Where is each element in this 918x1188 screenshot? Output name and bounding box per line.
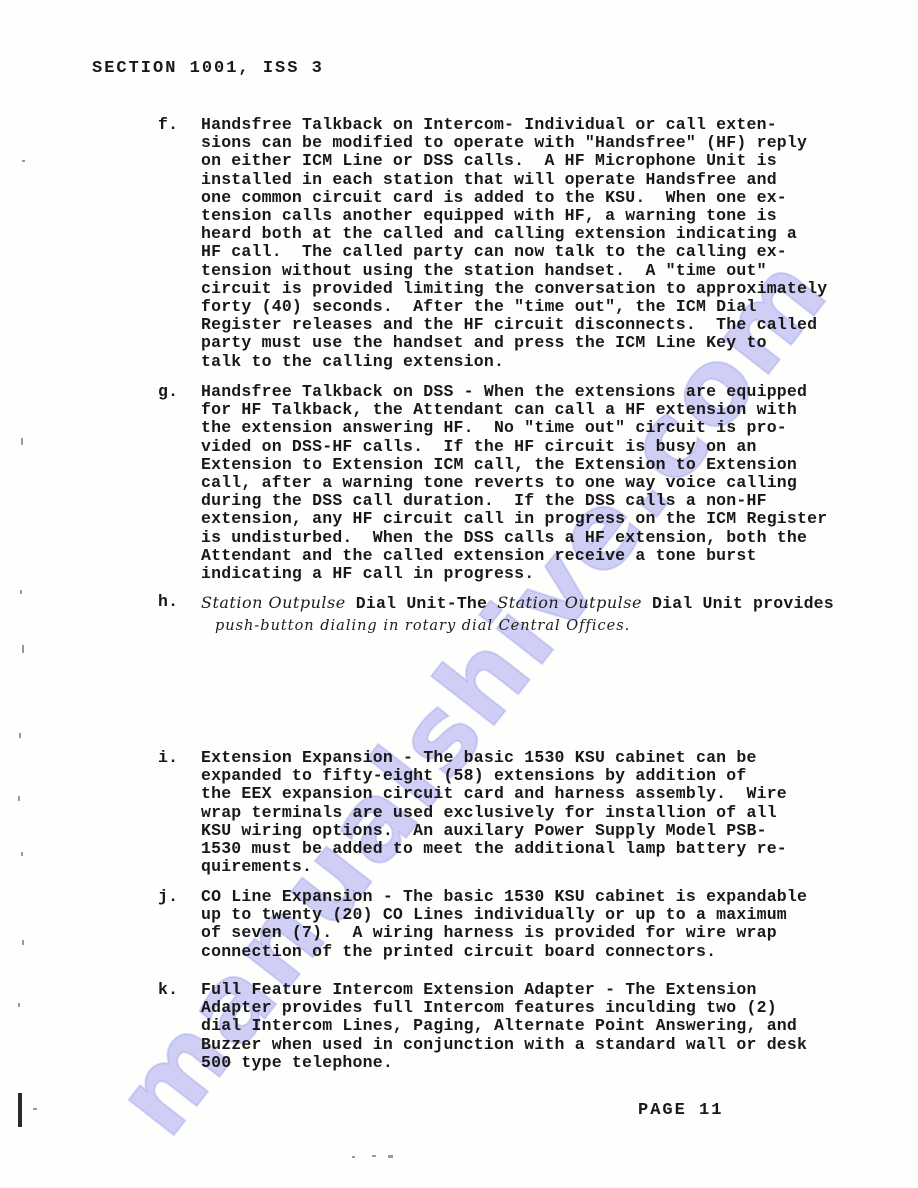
paragraph-j-text: CO Line Expansion - The basic 1530 KSU c… [201, 888, 807, 961]
paragraph-k: k. Full Feature Intercom Extension Adapt… [158, 981, 807, 1072]
typed-dial-unit-the: Dial Unit-The [346, 594, 498, 613]
scan-artifact [20, 590, 22, 594]
scanned-page: manualshive.com SECTION 1001, ISS 3 f. H… [0, 0, 918, 1188]
scan-artifact [21, 438, 23, 445]
paragraph-h: h. Station Outpulse Dial Unit-The Statio… [158, 593, 834, 634]
scan-artifact [22, 160, 25, 162]
handwritten-station-outpulse-1: Station Outpulse [201, 593, 346, 612]
scan-artifact [33, 1108, 37, 1110]
paragraph-k-text: Full Feature Intercom Extension Adapter … [201, 981, 807, 1072]
scan-artifact [18, 1093, 22, 1127]
paragraph-g-text: Handsfree Talkback on DSS - When the ext… [201, 383, 827, 583]
paragraph-j: j. CO Line Expansion - The basic 1530 KS… [158, 888, 807, 961]
paragraph-k-label: k. [158, 981, 201, 999]
paragraph-g: g. Handsfree Talkback on DSS - When the … [158, 383, 827, 583]
paragraph-f: f. Handsfree Talkback on Intercom- Indiv… [158, 116, 827, 371]
typed-dial-unit-provides: Dial Unit provides [642, 594, 834, 613]
paragraph-h-body: Station Outpulse Dial Unit-The Station O… [201, 593, 834, 634]
paragraph-i: i. Extension Expansion - The basic 1530 … [158, 749, 787, 876]
scan-artifact [22, 645, 24, 653]
scan-artifact [22, 940, 24, 945]
paragraph-f-label: f. [158, 116, 201, 134]
paragraph-i-label: i. [158, 749, 201, 767]
scan-artifact [352, 1156, 355, 1158]
paragraph-g-label: g. [158, 383, 201, 401]
scan-artifact [21, 852, 23, 856]
paragraph-f-text: Handsfree Talkback on Intercom- Individu… [201, 116, 827, 371]
scan-artifact [372, 1155, 376, 1157]
scan-artifact [388, 1155, 393, 1158]
scan-artifact [19, 733, 21, 738]
paragraph-j-label: j. [158, 888, 201, 906]
page-number: PAGE 11 [638, 1102, 723, 1120]
handwritten-pushbutton-line: push-button dialing in rotary dial Centr… [215, 618, 834, 634]
handwritten-station-outpulse-2: Station Outpulse [497, 593, 642, 612]
scan-artifact [18, 1003, 20, 1007]
paragraph-i-text: Extension Expansion - The basic 1530 KSU… [201, 749, 787, 876]
paragraph-h-line1: Station Outpulse Dial Unit-The Station O… [201, 593, 834, 613]
scan-artifact [18, 796, 20, 801]
paragraph-h-label: h. [158, 593, 201, 611]
section-header: SECTION 1001, ISS 3 [92, 60, 324, 78]
